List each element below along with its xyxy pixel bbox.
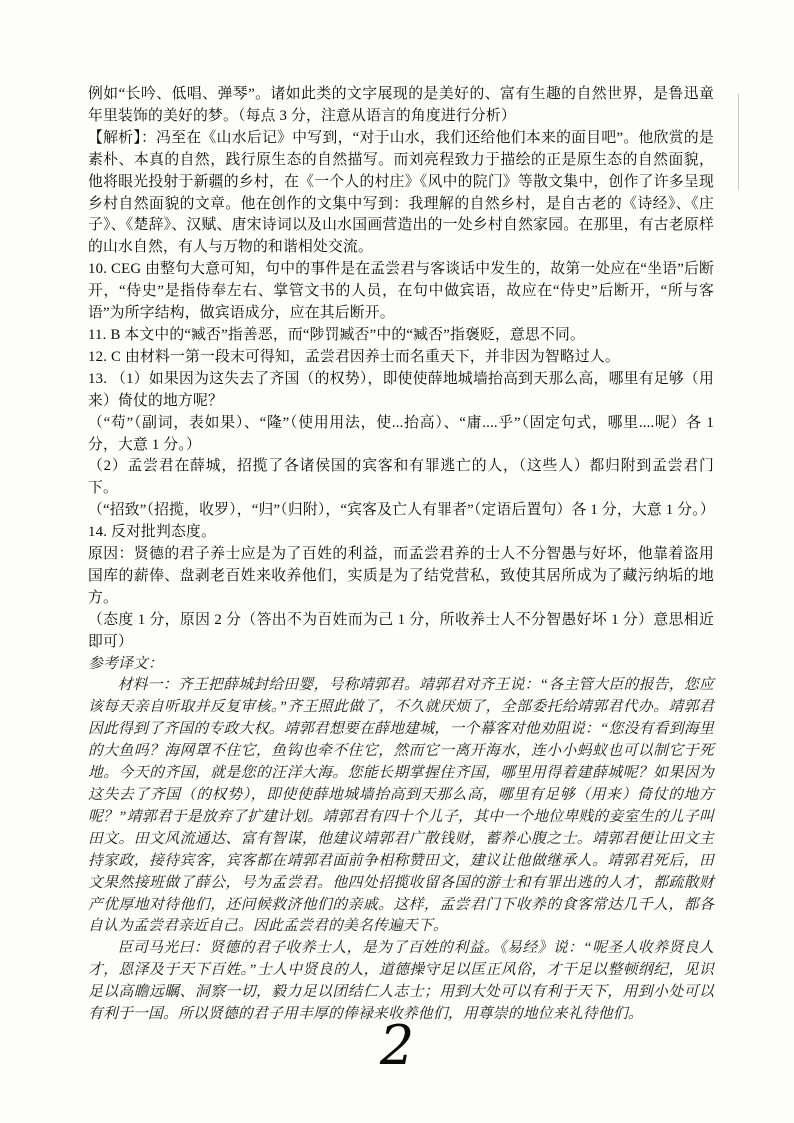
- handwritten-page-number: 2: [0, 1014, 794, 1077]
- answer-item-13-part1-scoring: （“苟”（副词，表如果）、“隆”（使用用法，使...抬高）、“庸....乎”（固…: [88, 413, 714, 457]
- answer-item-12: 12. C 由材料一第一段末可得知，孟尝君因养士而名重天下，并非因为智略过人。: [88, 347, 714, 369]
- translation-sima-guang-paragraph: 臣司马光曰：贤德的君子收养士人，是为了百姓的利益。《易经》说：“呢圣人收养贤良人…: [88, 938, 714, 1026]
- answer-item-14-scoring: （态度 1 分，原因 2 分（答出不为百姓而为己 1 分，所收养士人不分智愚好坏…: [88, 610, 714, 654]
- answer-item-13-part2-scoring: （“招致”（招揽，收罗），“归”（归附），“宾客及亡人有罪者”（定语后置句）各 …: [88, 500, 714, 522]
- answer-item-13-part1: 13. （1）如果因为这失去了齐国（的权势），即使使薛地城墙抬高到天那么高，哪里…: [88, 369, 714, 413]
- answer-item-14-attitude: 14. 反对批判态度。: [88, 522, 714, 544]
- answer-item-13-part2: （2）孟尝君在薛城，招揽了各诸侯国的宾客和有罪逃亡的人，（这些人）都归附到孟尝君…: [88, 456, 714, 500]
- answer-item-11: 11. B 本文中的“臧否”指善恶，而“陟罚臧否”中的“臧否”指褒贬，意思不同。: [88, 325, 714, 347]
- exam-answer-sheet-page: 例如“长吟、低唱、弹琴”。诸如此类的文字展现的是美好的、富有生趣的自然世界，是鲁…: [88, 84, 714, 1026]
- analysis-continuation-paragraph: 例如“长吟、低唱、弹琴”。诸如此类的文字展现的是美好的、富有生趣的自然世界，是鲁…: [88, 84, 714, 128]
- answer-item-14-reason: 原因：贤德的君子养士应是为了百姓的利益，而孟尝君养的士人不分智愚与好坏，他靠着盗…: [88, 544, 714, 610]
- translation-material-1-paragraph: 材料一：齐王把薛城封给田婴，号称靖郭君。靖郭君对齐王说：“各主管大臣的报告，您应…: [88, 675, 714, 938]
- analysis-explanation-paragraph: 【解析】：冯至在《山水后记》中写到，“对于山水，我们还给他们本来的面目吧”。他欣…: [88, 128, 714, 259]
- answer-item-10: 10. CEG 由整句大意可知，句中的事件是在孟尝君与客谈话中发生的，故第一处应…: [88, 259, 714, 325]
- reference-translation-label: 参考译文：: [88, 654, 714, 676]
- scan-artifact-line: [738, 94, 739, 190]
